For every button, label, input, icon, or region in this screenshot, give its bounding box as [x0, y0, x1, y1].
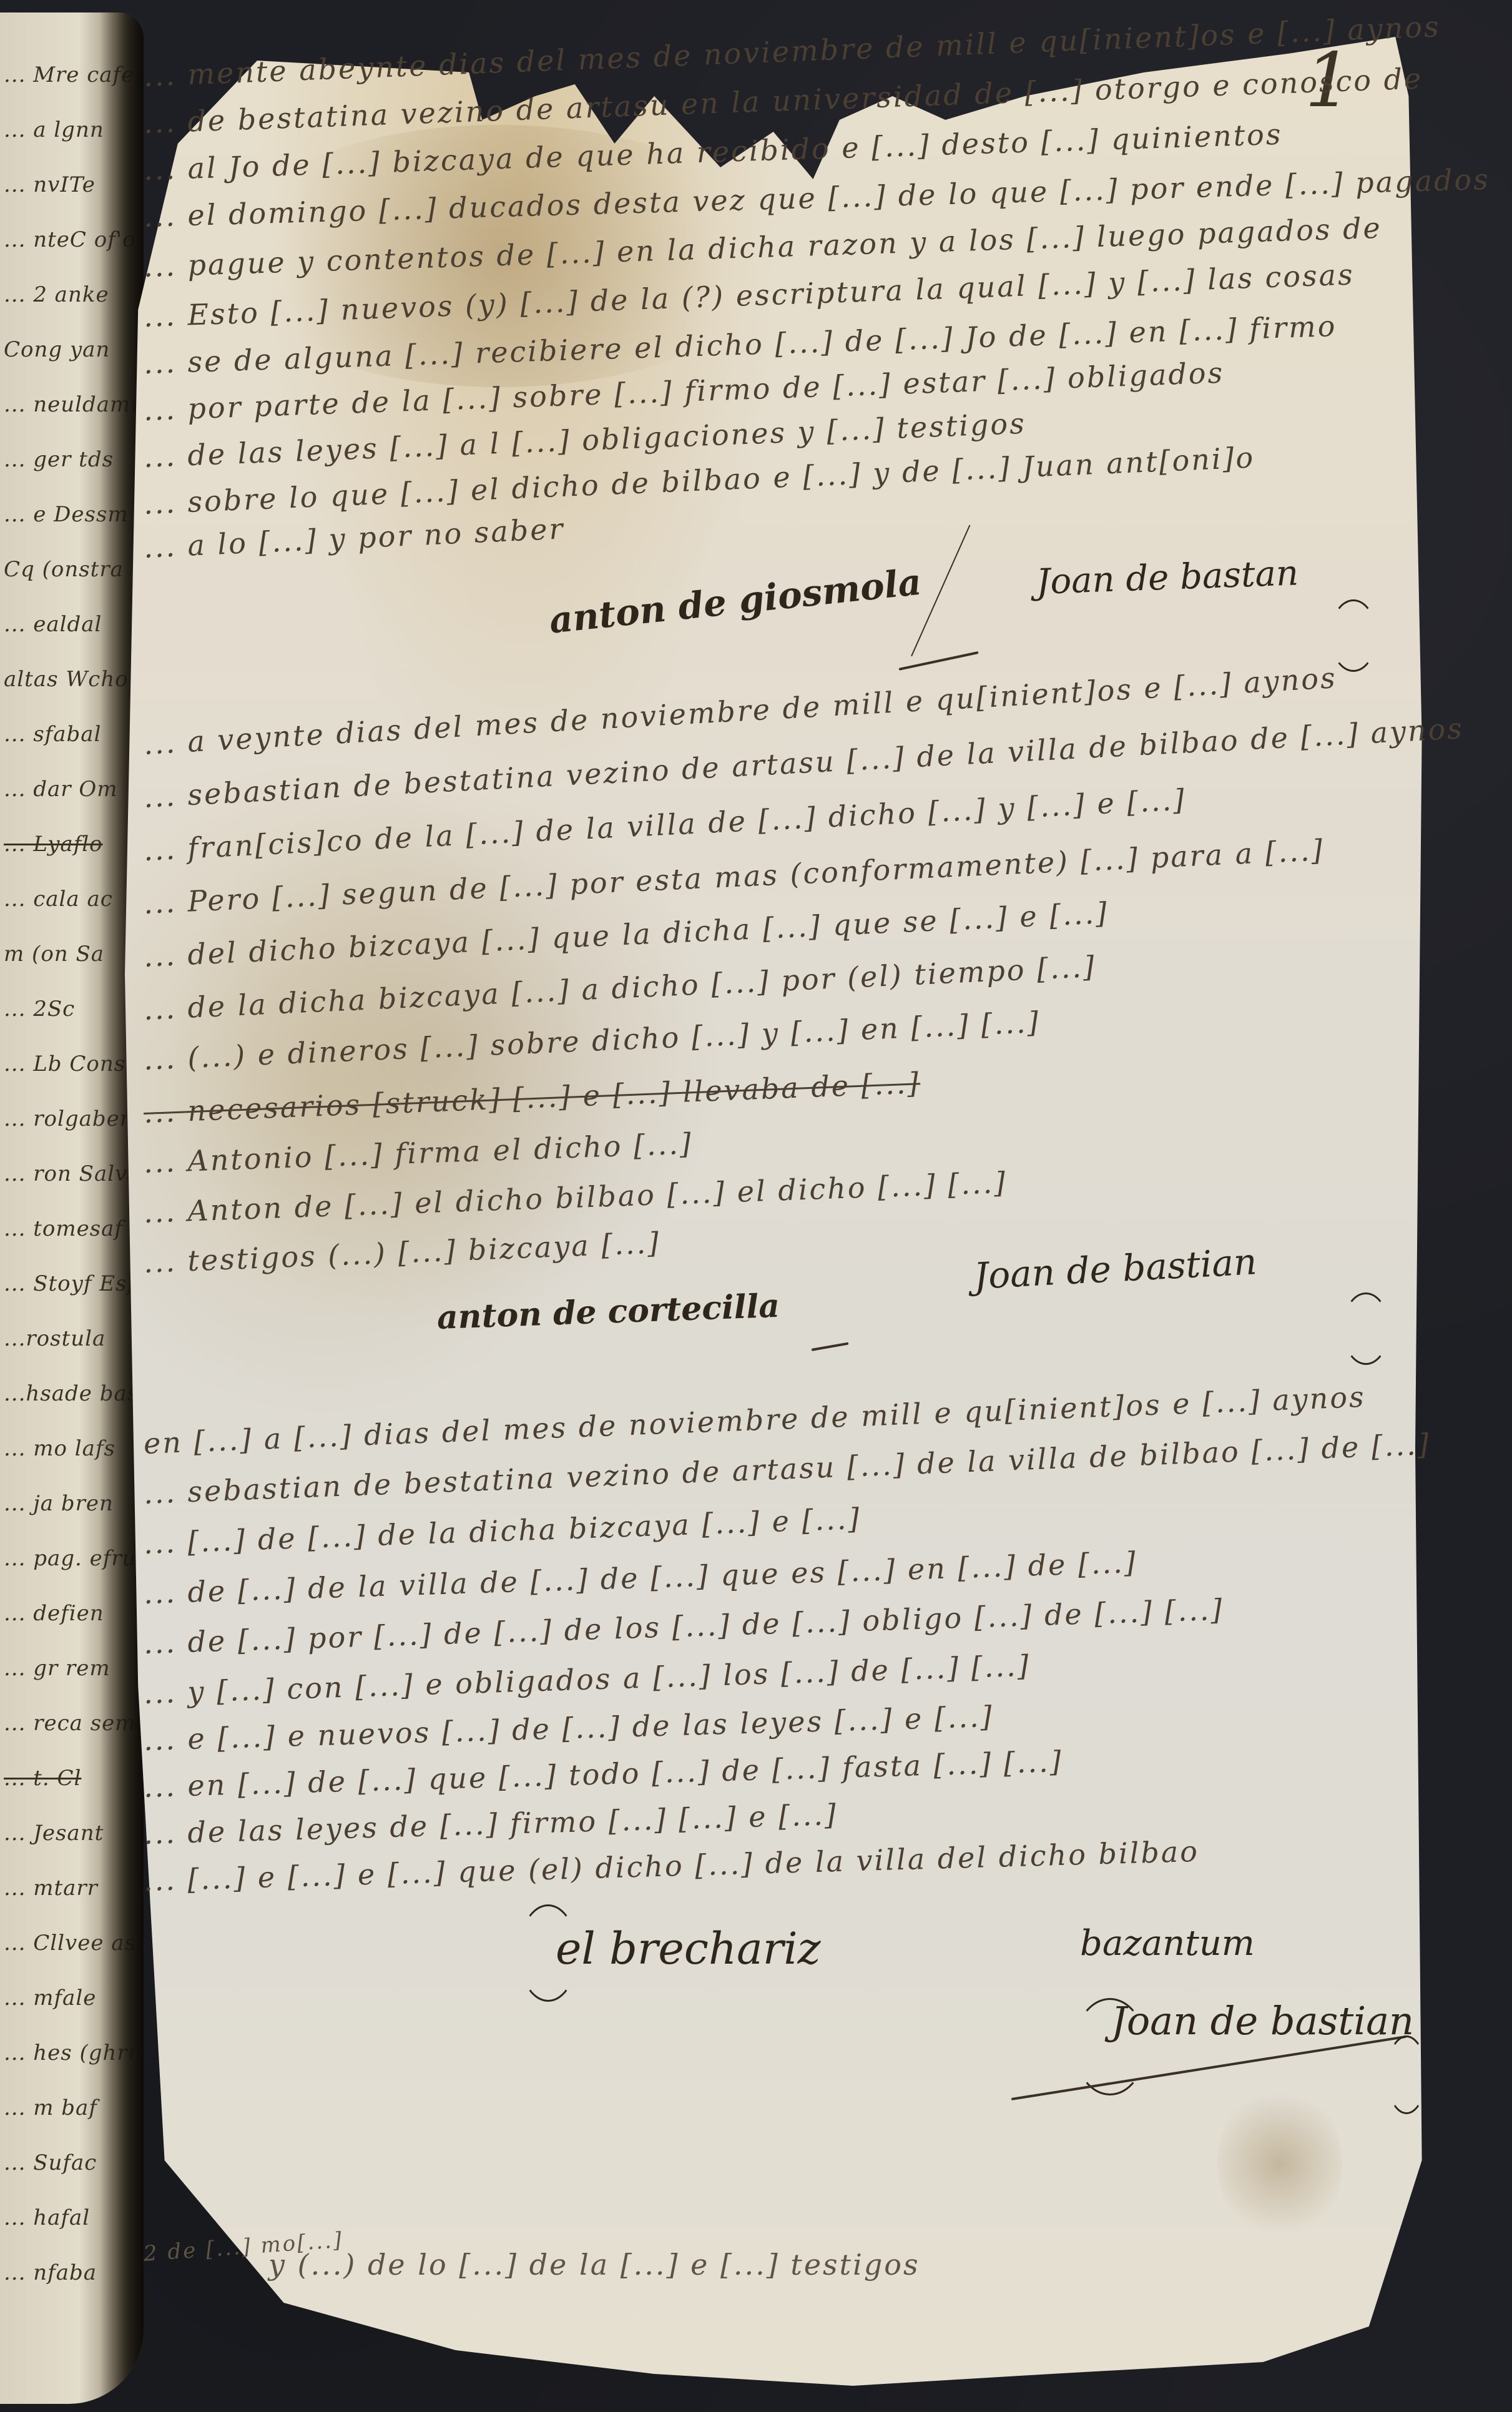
left-page-line: ... m baf: [4, 2095, 97, 2120]
left-page-line: ... ja bren: [4, 1491, 114, 1516]
left-page-line: ... nfaba: [4, 2260, 97, 2285]
signature-joan-de-bastian: Joan de bastian: [1111, 1998, 1414, 2044]
left-page-line: ... sfabal: [4, 722, 101, 747]
left-page-line: ... 2Sc: [4, 997, 75, 1021]
left-page-line: ... ger tds: [4, 447, 114, 472]
signature-rubric: [1074, 1998, 1146, 2095]
left-page-line: Cong yan: [4, 337, 110, 362]
left-facing-page: ... Mre cafer... a lgnn... nvITe... nteC…: [0, 12, 144, 2404]
left-page-line: ... nvITe: [4, 172, 96, 197]
left-page-line: ... hafal: [4, 2205, 90, 2230]
signature-rubric: [518, 1904, 578, 2002]
left-page-line: ... mtarr: [4, 1876, 98, 1901]
signature-rubric: [1386, 2035, 1427, 2114]
signature-bazantum: bazantum: [1080, 1923, 1255, 1964]
left-page-line: ... Lyaflo: [4, 832, 103, 857]
left-page-line: ... gr rem: [4, 1656, 110, 1681]
signature-rubric: [1330, 599, 1377, 672]
left-page-line: ... Jesant: [4, 1821, 104, 1846]
left-page-line: ... cala ac: [4, 887, 113, 912]
signature-rubric: [1342, 1292, 1390, 1365]
left-page-line: ... ealdal: [4, 612, 102, 637]
left-page-line: ... a lgnn: [4, 117, 104, 142]
signature-el-brechariz: el brechariz: [556, 1923, 821, 1974]
ink-blot: [1217, 2085, 1342, 2242]
bottom-note-text: y (...) de lo [...] de la [...] e [...] …: [268, 2248, 920, 2282]
left-page-line: ... 2 anke: [4, 282, 109, 307]
left-page-line: ... mo lafs: [4, 1436, 115, 1461]
left-page-line: ... defien: [4, 1601, 104, 1626]
left-page-line: ... t. Cl: [4, 1766, 81, 1791]
left-page-line: ...rostula: [4, 1326, 106, 1351]
left-page-line: m (on Sa: [4, 942, 104, 967]
left-page-line: ... Sufac: [4, 2150, 97, 2175]
left-page-line: ... mfale: [4, 1986, 96, 2011]
